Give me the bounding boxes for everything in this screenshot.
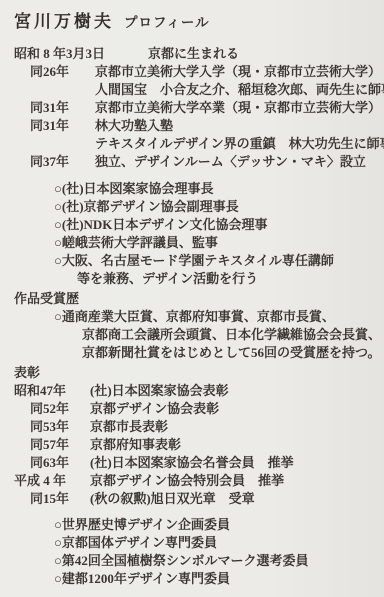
position-line: ○(社)京都デザイン協会副理事長 xyxy=(54,198,378,216)
positions-section: ○(社)日本図案家協会理事長 ○(社)京都デザイン協会副理事長 ○(社)NDK日… xyxy=(14,180,378,288)
award-text: 京都商工会議所会頭賞、日本化学繊維協会会長賞、 xyxy=(82,327,381,342)
honor-text: 京都デザイン協会特別会員 推挙 xyxy=(90,473,284,488)
position-text: (社)京都デザイン協会副理事長 xyxy=(62,199,239,214)
bio-text: 林大功塾入塾 xyxy=(95,118,173,133)
awards-section: 作品受賞歴 ○通商産業大臣賞、京都府知事賞、京都市長賞、 京都商工会議所会頭賞、… xyxy=(14,290,378,362)
honor-year: 同63年 xyxy=(30,454,90,472)
honor-text: 京都デザイン協会表彰 xyxy=(90,401,219,416)
honor-year: 同52年 xyxy=(30,400,90,418)
page-title: 宮川万樹夫プロフィール xyxy=(14,13,378,32)
honor-text: 京都府知事表彰 xyxy=(90,437,181,452)
bio-year: 同31年 xyxy=(30,99,95,117)
position-line: ○(社)日本図案家協会理事長 xyxy=(54,180,378,198)
circle-bullet-icon: ○ xyxy=(54,217,62,232)
biography-section: 昭和 8 年3月3日京都に生まれる 同26年京都市立美術大学入学（現・京都市立芸… xyxy=(14,45,378,171)
committee-line: ○第42回全国植樹祭シンボルマーク選考委員 xyxy=(54,552,378,570)
bio-text: 人間国宝 小合友之介、稲垣稔次郎、両先生に師事 xyxy=(95,82,384,97)
profile-label: プロフィール xyxy=(124,15,210,30)
position-text: 嵯峨芸術大学評議員、監事 xyxy=(62,235,218,250)
circle-bullet-icon: ○ xyxy=(54,535,62,550)
bio-line: 同37年独立、デザインルーム〈デッサン・マキ〉設立 xyxy=(30,153,378,171)
committee-text: 建都1200年デザイン専門委員 xyxy=(62,571,230,586)
position-line: ○(社)NDK日本デザイン文化協会理事 xyxy=(54,216,378,234)
circle-bullet-icon: ○ xyxy=(54,309,62,324)
bio-year: 同37年 xyxy=(30,153,95,171)
position-line: ○大阪、名古屋モード学園テキスタイル専任講師 xyxy=(54,252,378,270)
bio-year: 同31年 xyxy=(30,117,95,135)
honor-year: 同15年 xyxy=(30,490,90,508)
award-line: 京都商工会議所会頭賞、日本化学繊維協会会長賞、 xyxy=(82,326,378,344)
honor-line: 平成 4 年京都デザイン協会特別会員 推挙 xyxy=(14,472,378,490)
circle-bullet-icon: ○ xyxy=(54,571,62,586)
honor-text: (社)日本図案家協会表彰 xyxy=(90,383,229,398)
honors-heading: 表彰 xyxy=(14,364,378,382)
honor-line: 昭和47年(社)日本図案家協会表彰 xyxy=(14,382,378,400)
bio-year: 同26年 xyxy=(30,63,95,81)
honor-line: 同57年京都府知事表彰 xyxy=(30,436,378,454)
committee-text: 世界歴史博デザイン企画委員 xyxy=(62,517,230,532)
position-text: (社)NDK日本デザイン文化協会理事 xyxy=(62,217,268,232)
committee-text: 京都国体デザイン専門委員 xyxy=(62,535,217,550)
award-line: ○通商産業大臣賞、京都府知事賞、京都市長賞、 xyxy=(54,308,378,326)
committee-line: ○世界歴史博デザイン企画委員 xyxy=(54,516,378,534)
position-line: ○嵯峨芸術大学評議員、監事 xyxy=(54,234,378,252)
honor-text: (秋の叙勲)旭日双光章 受章 xyxy=(90,491,255,506)
position-text: (社)日本図案家協会理事長 xyxy=(62,181,214,196)
honors-section: 表彰 昭和47年(社)日本図案家協会表彰 同52年京都デザイン協会表彰 同53年… xyxy=(14,364,378,508)
circle-bullet-icon: ○ xyxy=(54,181,62,196)
bio-line: 同31年京都市立美術大学卒業（現・京都市立芸術大学） xyxy=(30,99,378,117)
bio-text: テキスタイルデザイン界の重鎮 林大功先生に師事 xyxy=(95,136,384,151)
bio-line: 人間国宝 小合友之介、稲垣稔次郎、両先生に師事 xyxy=(95,81,378,99)
position-text: 大阪、名古屋モード学園テキスタイル専任講師 xyxy=(62,253,334,268)
committee-line: ○建都1200年デザイン専門委員 xyxy=(54,570,378,588)
bio-text: 独立、デザインルーム〈デッサン・マキ〉設立 xyxy=(95,154,366,169)
honor-line: 同53年京都市長表彰 xyxy=(30,418,378,436)
position-footnote: 等を兼務、デザイン活動を行う xyxy=(77,270,378,288)
honor-year: 平成 4 年 xyxy=(14,472,90,490)
honor-text: (社)日本図案家協会名誉会員 推挙 xyxy=(90,455,294,470)
honor-text: 京都市長表彰 xyxy=(90,419,168,434)
profile-page: 宮川万樹夫プロフィール 昭和 8 年3月3日京都に生まれる 同26年京都市立美術… xyxy=(0,0,384,597)
committees-section: ○世界歴史博デザイン企画委員 ○京都国体デザイン専門委員 ○第42回全国植樹祭シ… xyxy=(14,516,378,588)
circle-bullet-icon: ○ xyxy=(54,235,62,250)
honor-year: 同57年 xyxy=(30,436,90,454)
bio-line: テキスタイルデザイン界の重鎮 林大功先生に師事 xyxy=(95,135,378,153)
honor-line: 同63年(社)日本図案家協会名誉会員 推挙 xyxy=(30,454,378,472)
honor-year: 昭和47年 xyxy=(14,382,90,400)
bio-text: 京都市立美術大学入学（現・京都市立芸術大学） xyxy=(95,64,381,79)
award-line: 京都新聞社賞をはじめとして56回の受賞歴を持つ。 xyxy=(82,344,378,362)
person-name: 宮川万樹夫 xyxy=(14,12,114,31)
bio-text: 京都市立美術大学卒業（現・京都市立芸術大学） xyxy=(95,100,381,115)
award-text: 京都新聞社賞をはじめとして56回の受賞歴を持つ。 xyxy=(82,345,380,360)
circle-bullet-icon: ○ xyxy=(54,253,62,268)
bio-line: 昭和 8 年3月3日京都に生まれる xyxy=(14,45,378,63)
circle-bullet-icon: ○ xyxy=(54,199,62,214)
bio-line: 同26年京都市立美術大学入学（現・京都市立芸術大学） xyxy=(30,63,378,81)
circle-bullet-icon: ○ xyxy=(54,553,62,568)
honor-year: 同53年 xyxy=(30,418,90,436)
award-text: 通商産業大臣賞、京都府知事賞、京都市長賞、 xyxy=(62,309,335,324)
circle-bullet-icon: ○ xyxy=(54,517,62,532)
committee-text: 第42回全国植樹祭シンボルマーク選考委員 xyxy=(62,553,309,568)
bio-text: 京都に生まれる xyxy=(148,46,239,61)
honor-line: 同52年京都デザイン協会表彰 xyxy=(30,400,378,418)
bio-line: 同31年林大功塾入塾 xyxy=(30,117,378,135)
bio-year: 昭和 8 年3月3日 xyxy=(14,45,148,63)
honor-line: 同15年(秋の叙勲)旭日双光章 受章 xyxy=(30,490,378,508)
committee-line: ○京都国体デザイン専門委員 xyxy=(54,534,378,552)
awards-heading: 作品受賞歴 xyxy=(14,290,378,308)
